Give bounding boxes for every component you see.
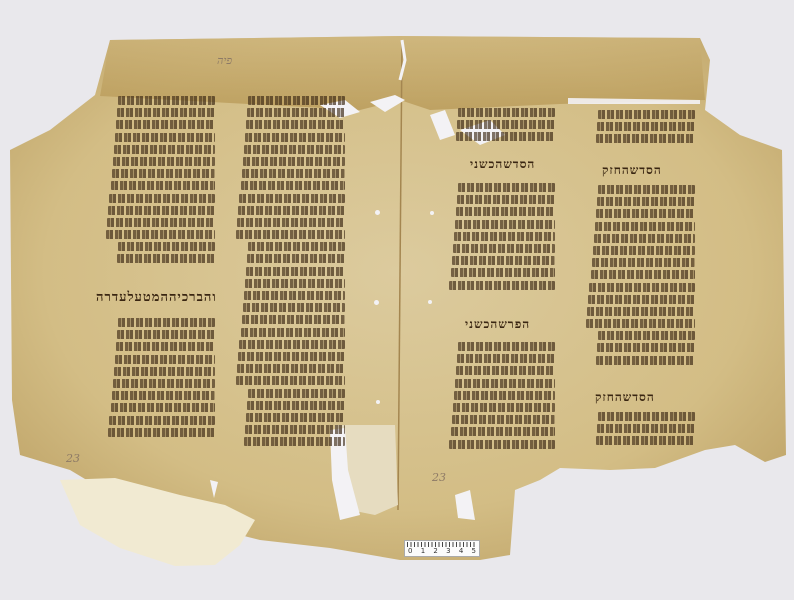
folio-number-right: 23 — [432, 471, 446, 484]
script-line — [456, 132, 555, 141]
script-line — [107, 218, 215, 227]
script-line — [598, 412, 695, 421]
script-line — [108, 428, 215, 437]
script-line — [451, 268, 556, 277]
script-line — [452, 415, 555, 424]
script-line — [453, 403, 555, 412]
script-line — [455, 379, 555, 388]
script-line — [113, 379, 215, 388]
ruler-tick-label: 5 — [472, 547, 476, 555]
script-line — [452, 256, 555, 265]
text-column-1b — [105, 318, 215, 452]
script-line — [109, 416, 215, 425]
script-line — [117, 330, 215, 339]
text-column-1 — [105, 96, 215, 276]
parchment-hole — [374, 300, 379, 305]
script-line — [248, 242, 345, 251]
script-line — [457, 120, 555, 129]
parchment-hole — [430, 211, 434, 215]
script-line — [108, 206, 215, 215]
parchment-hole — [375, 210, 380, 215]
script-line — [457, 354, 555, 363]
top-marginal-note: פיה — [217, 54, 232, 67]
script-line — [454, 391, 555, 400]
script-line — [597, 424, 695, 433]
script-line — [248, 389, 345, 398]
section-heading: הפרשהכשני — [465, 317, 530, 332]
text-column-3 — [445, 108, 555, 148]
section-heading: והברכיההמטעלעדרה — [96, 289, 217, 305]
script-line — [457, 195, 555, 204]
text-column-2 — [235, 96, 345, 451]
script-line — [118, 242, 215, 251]
script-line — [236, 376, 345, 385]
script-line — [111, 181, 216, 190]
ruler-tick-label: 0 — [408, 547, 412, 555]
script-line — [116, 120, 215, 129]
script-line — [451, 427, 556, 436]
folio-number-left: 23 — [66, 452, 80, 465]
script-line — [247, 254, 345, 263]
script-line — [594, 234, 695, 243]
script-line — [449, 281, 555, 290]
parchment-hole — [428, 300, 432, 304]
script-line — [242, 315, 345, 324]
ruler-tick-label: 3 — [446, 547, 450, 555]
script-line — [456, 366, 555, 375]
section-heading: הסדשהחזק — [602, 163, 662, 178]
script-line — [245, 133, 345, 142]
script-line — [458, 183, 555, 192]
text-column-4c — [585, 412, 695, 458]
script-line — [236, 230, 345, 239]
script-line — [597, 343, 695, 352]
script-line — [598, 331, 695, 340]
script-line — [117, 254, 215, 263]
script-line — [596, 134, 695, 143]
script-line — [247, 401, 345, 410]
ruler-tick-label: 4 — [459, 547, 463, 555]
script-line — [246, 120, 345, 129]
script-line — [454, 232, 555, 241]
script-line — [458, 342, 555, 351]
script-line — [456, 207, 555, 216]
script-line — [597, 197, 695, 206]
script-line — [246, 413, 345, 422]
script-line — [241, 328, 346, 337]
script-line — [244, 437, 345, 446]
text-column-3b — [445, 183, 555, 303]
section-heading: הסדשהחזק — [595, 390, 655, 405]
script-line — [592, 258, 695, 267]
script-line — [242, 169, 345, 178]
script-line — [589, 283, 695, 292]
script-line — [117, 108, 215, 117]
script-line — [247, 108, 345, 117]
script-line — [243, 157, 345, 166]
script-line — [114, 145, 215, 154]
script-line — [597, 122, 695, 131]
script-line — [111, 403, 216, 412]
text-column-4 — [585, 110, 695, 156]
section-heading: הסדשהכשני — [470, 157, 535, 172]
script-line — [114, 367, 215, 376]
script-line — [239, 194, 345, 203]
script-line — [118, 318, 215, 327]
script-line — [115, 133, 215, 142]
script-line — [243, 303, 345, 312]
script-line — [246, 267, 345, 276]
script-line — [598, 110, 695, 119]
script-line — [455, 220, 555, 229]
script-line — [238, 352, 345, 361]
script-line — [112, 391, 215, 400]
script-line — [593, 246, 695, 255]
script-line — [587, 307, 695, 316]
script-line — [113, 157, 215, 166]
script-line — [118, 96, 215, 105]
script-line — [591, 270, 696, 279]
ruler-tick-label: 2 — [433, 547, 437, 555]
script-line — [453, 244, 555, 253]
script-line — [245, 279, 345, 288]
script-line — [244, 145, 345, 154]
script-line — [598, 185, 695, 194]
script-line — [241, 181, 346, 190]
text-column-3c — [445, 342, 555, 454]
script-line — [248, 96, 345, 105]
parchment-hole — [376, 400, 380, 404]
script-line — [106, 230, 215, 239]
script-line — [238, 206, 345, 215]
script-line — [109, 194, 215, 203]
script-line — [588, 295, 695, 304]
script-line — [596, 436, 695, 445]
manuscript-photo: פיה והברכיההמטעלעדרה הסדשהכשני הפרשהכשני… — [0, 0, 794, 600]
script-line — [586, 319, 695, 328]
script-line — [245, 425, 345, 434]
script-line — [596, 209, 695, 218]
script-line — [458, 108, 555, 117]
script-line — [237, 218, 345, 227]
script-line — [595, 222, 695, 231]
script-line — [237, 364, 345, 373]
ruler-tick-label: 1 — [421, 547, 425, 555]
script-line — [116, 342, 215, 351]
script-line — [244, 291, 345, 300]
script-line — [112, 169, 215, 178]
scale-ruler: 0 1 2 3 4 5 — [404, 540, 480, 557]
text-column-4b — [585, 185, 695, 380]
script-line — [115, 355, 215, 364]
script-line — [449, 440, 555, 449]
script-line — [596, 356, 695, 365]
script-line — [239, 340, 345, 349]
